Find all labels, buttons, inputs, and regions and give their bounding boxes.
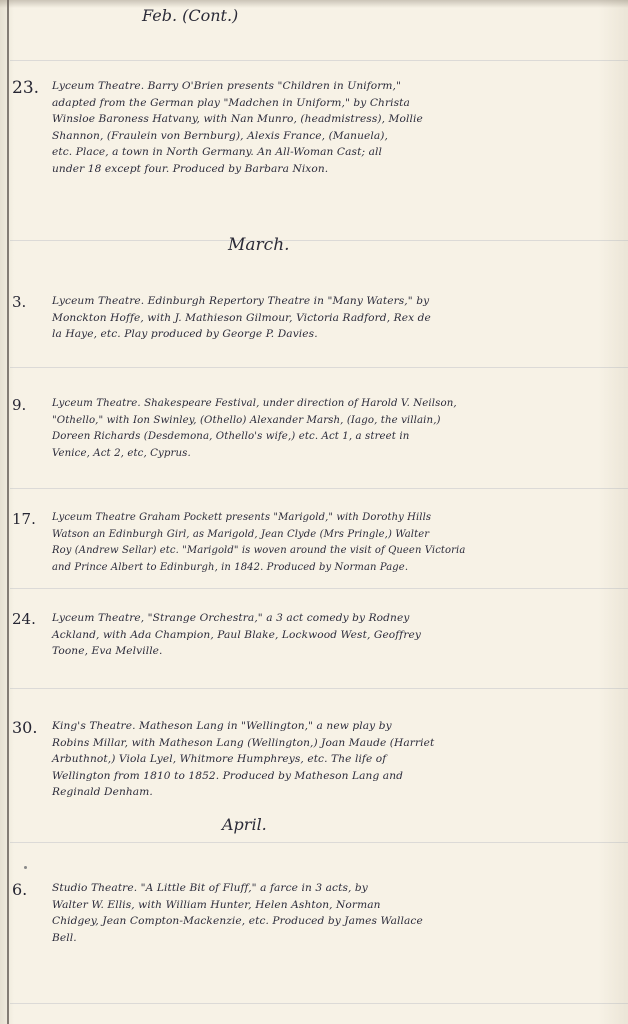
entry-line: la Haye, etc. Play produced by George P.… bbox=[52, 326, 624, 343]
entry-line: Winsloe Baroness Hatvany, with Nan Munro… bbox=[52, 111, 624, 128]
diary-entry: 3. Lyceum Theatre. Edinburgh Repertory T… bbox=[12, 293, 624, 343]
entry-line: etc. Place, a town in North Germany. An … bbox=[52, 144, 624, 161]
entry-day: 17. bbox=[12, 510, 36, 528]
entry-line: Lyceum Theatre. Barry O'Brien presents "… bbox=[52, 78, 624, 95]
entry-day: 3. bbox=[12, 293, 26, 311]
diary-entry: 23. Lyceum Theatre. Barry O'Brien presen… bbox=[12, 78, 624, 177]
entry-line: Reginald Denham. bbox=[52, 784, 624, 801]
ruled-line bbox=[10, 60, 628, 61]
entry-text: Studio Theatre. "A Little Bit of Fluff,"… bbox=[52, 880, 624, 946]
month-heading-march: March. bbox=[228, 235, 290, 255]
entry-line: Bell. bbox=[52, 930, 624, 947]
entry-line: Venice, Act 2, etc, Cyprus. bbox=[52, 446, 624, 463]
entry-line: Lyceum Theatre. Shakespeare Festival, un… bbox=[52, 396, 624, 413]
entry-line: Robins Millar, with Matheson Lang (Welli… bbox=[52, 735, 624, 752]
diary-entry: 24. Lyceum Theatre, "Strange Orchestra,"… bbox=[12, 610, 624, 660]
entry-line: "Othello," with Ion Swinley, (Othello) A… bbox=[52, 413, 624, 430]
page-header: Feb. (Cont.) bbox=[142, 6, 238, 25]
entry-line: King's Theatre. Matheson Lang in "Wellin… bbox=[52, 718, 624, 735]
ruled-line bbox=[10, 488, 628, 489]
entry-text: Lyceum Theatre. Shakespeare Festival, un… bbox=[52, 396, 624, 462]
entry-line: Lyceum Theatre Graham Pockett presents "… bbox=[52, 510, 624, 527]
margin-line bbox=[7, 0, 9, 1024]
entry-line: Monckton Hoffe, with J. Mathieson Gilmou… bbox=[52, 310, 624, 327]
entry-line: Doreen Richards (Desdemona, Othello's wi… bbox=[52, 429, 624, 446]
entry-line: Ackland, with Ada Champion, Paul Blake, … bbox=[52, 627, 624, 644]
entry-day: 9. bbox=[12, 396, 26, 414]
diary-entry: 9. Lyceum Theatre. Shakespeare Festival,… bbox=[12, 396, 624, 462]
ruled-line bbox=[10, 367, 628, 368]
notebook-page: Feb. (Cont.) 23. Lyceum Theatre. Barry O… bbox=[0, 0, 628, 1024]
entry-line: Roy (Andrew Sellar) etc. "Marigold" is w… bbox=[52, 543, 624, 560]
entry-text: Lyceum Theatre. Barry O'Brien presents "… bbox=[52, 78, 624, 177]
entry-line: Chidgey, Jean Compton-Mackenzie, etc. Pr… bbox=[52, 913, 624, 930]
entry-line: Lyceum Theatre, "Strange Orchestra," a 3… bbox=[52, 610, 624, 627]
entry-line: Studio Theatre. "A Little Bit of Fluff,"… bbox=[52, 880, 624, 897]
entry-line: under 18 except four. Produced by Barbar… bbox=[52, 161, 624, 178]
entry-text: Lyceum Theatre, "Strange Orchestra," a 3… bbox=[52, 610, 624, 660]
ruled-line bbox=[10, 1003, 628, 1004]
ink-spot bbox=[24, 866, 27, 869]
entry-day: 23. bbox=[12, 78, 39, 98]
entry-line: Wellington from 1810 to 1852. Produced b… bbox=[52, 768, 624, 785]
entry-text: Lyceum Theatre Graham Pockett presents "… bbox=[52, 510, 624, 576]
entry-day: 6. bbox=[12, 880, 27, 899]
entry-line: adapted from the German play "Madchen in… bbox=[52, 95, 624, 112]
entry-line: Lyceum Theatre. Edinburgh Repertory Thea… bbox=[52, 293, 624, 310]
entry-text: King's Theatre. Matheson Lang in "Wellin… bbox=[52, 718, 624, 801]
diary-entry: 6. Studio Theatre. "A Little Bit of Fluf… bbox=[12, 880, 624, 946]
entry-text: Lyceum Theatre. Edinburgh Repertory Thea… bbox=[52, 293, 624, 343]
ruled-line bbox=[10, 588, 628, 589]
entry-line: Shannon, (Fraulein von Bernburg), Alexis… bbox=[52, 128, 624, 145]
diary-entry: 30. King's Theatre. Matheson Lang in "We… bbox=[12, 718, 624, 801]
ruled-line bbox=[10, 842, 628, 843]
ruled-line bbox=[10, 240, 628, 241]
entry-line: and Prince Albert to Edinburgh, in 1842.… bbox=[52, 560, 624, 577]
entry-line: Arbuthnot,) Viola Lyel, Whitmore Humphre… bbox=[52, 751, 624, 768]
diary-entry: 17. Lyceum Theatre Graham Pockett presen… bbox=[12, 510, 624, 576]
entry-day: 24. bbox=[12, 610, 36, 628]
entry-line: Walter W. Ellis, with William Hunter, He… bbox=[52, 897, 624, 914]
entry-line: Watson an Edinburgh Girl, as Marigold, J… bbox=[52, 527, 624, 544]
ruled-line bbox=[10, 688, 628, 689]
entry-line: Toone, Eva Melville. bbox=[52, 643, 624, 660]
entry-day: 30. bbox=[12, 718, 37, 737]
month-heading-april: April. bbox=[222, 815, 267, 834]
